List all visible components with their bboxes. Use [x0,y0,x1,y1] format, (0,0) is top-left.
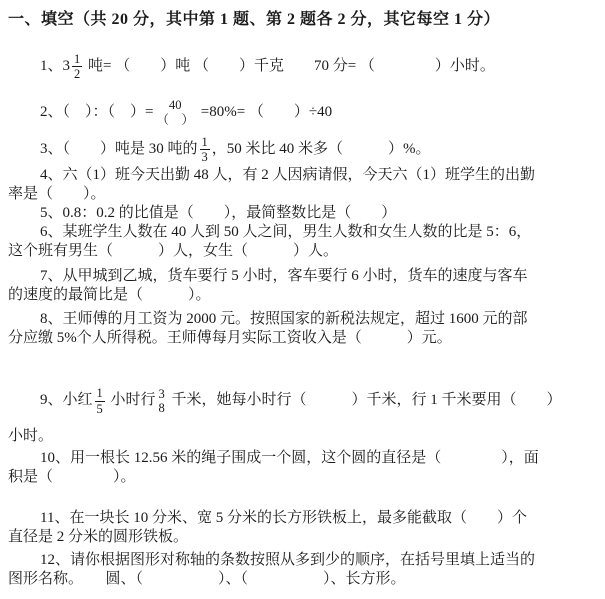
question-5: 5、0.8：0.2 的比值是（ ），最简整数比是（ ） [8,204,597,223]
fraction-numerator: 3 [158,387,166,401]
fraction-numerator: 1 [72,52,82,67]
question-2-line-1: 2、（ ）：（ ）=40（ ） =80%= （ ）÷40 [8,92,597,132]
text-run: 小时行 [107,392,156,408]
question-10-line-2: 积是（ ）。 [8,468,597,487]
fraction-numerator: 1 [95,386,105,401]
question-7-line-2: 的速度的最简比是（ ）。 [8,286,597,305]
question-3: 3、（ ）吨是 30 吨的13，50 米比 40 米多（ ）%。 [8,134,597,164]
text-run: 的速度的最简比是（ ）。 [8,287,211,303]
text-run: 10、用一根长 12.56 米的绳子围成一个圆，这个圆的直径是（ ），面 [40,450,539,466]
question-8-line-1: 8、王师傅的月工资为 2000 元。按照国家的新税法规定，超过 1600 元的部 [8,310,597,329]
question-1: 1、312 吨= （ ）吨 （ ）千克 70 分= （ ）小时。 [8,48,597,84]
question-5-line-1: 5、0.8：0.2 的比值是（ ），最简整数比是（ ） [8,204,597,223]
question-8-line-2: 分应缴 5%个人所得税。王师傅每月实际工资收入是（ ）元。 [8,329,597,348]
question-6-line-2: 这个班有男生（ ）人，女生（ ）人。 [8,242,597,261]
question-2: 2、（ ）：（ ）=40（ ） =80%= （ ）÷40 [8,92,597,132]
fraction-denominator: （ ） [155,113,195,127]
fraction-numerator: 1 [200,135,210,150]
text-run: 1、3 [40,58,70,74]
fraction: 38 [158,387,166,416]
fraction: 15 [95,386,105,416]
question-6: 6、某班学生人数在 40 人到 50 人之间，男生人数和女生人数的比是 5：6，… [8,223,597,261]
question-12: 12、请你根据图形对称轴的条数按照从多到少的顺序，在括号里填上适当的图形名称。 … [8,551,597,589]
text-run: 5、0.8：0.2 的比值是（ ），最简整数比是（ ） [40,205,396,221]
question-11: 11、在一块长 10 分米、宽 5 分米的长方形铁板上，最多能截取（ ）个直径是… [8,509,597,547]
text-run: ，50 米比 40 米多（ ）%。 [212,141,431,157]
fraction-numerator: 40 [168,98,183,112]
text-run: 小时。 [8,428,53,444]
fraction-denominator: 2 [73,67,81,81]
text-run: 11、在一块长 10 分米、宽 5 分米的长方形铁板上，最多能截取（ ）个 [40,510,527,526]
fraction: 12 [72,52,82,82]
question-3-line-1: 3、（ ）吨是 30 吨的13，50 米比 40 米多（ ）%。 [8,134,597,164]
questions: 1、312 吨= （ ）吨 （ ）千克 70 分= （ ）小时。2、（ ）：（ … [8,48,597,589]
text-run: 分应缴 5%个人所得税。王师傅每月实际工资收入是（ ）元。 [8,330,452,346]
question-12-line-1: 12、请你根据图形对称轴的条数按照从多到少的顺序，在括号里填上适当的 [8,551,597,570]
section-title: 一、填空（共 20 分，其中第 1 题、第 2 题各 2 分，其它每空 1 分） [8,10,597,30]
text-run: =80%= （ ）÷40 [197,104,332,120]
question-10-line-1: 10、用一根长 12.56 米的绳子围成一个圆，这个圆的直径是（ ），面 [8,449,597,468]
question-11-line-1: 11、在一块长 10 分米、宽 5 分米的长方形铁板上，最多能截取（ ）个 [8,509,597,528]
text-run: 12、请你根据图形对称轴的条数按照从多到少的顺序，在括号里填上适当的 [40,552,535,568]
question-12-line-2: 图形名称。 圆、（ ）、（ ）、长方形。 [8,570,597,589]
fraction: 40（ ） [155,98,195,127]
fraction-denominator: 3 [201,150,209,164]
question-8: 8、王师傅的月工资为 2000 元。按照国家的新税法规定，超过 1600 元的部… [8,310,597,348]
question-7: 7、从甲城到乙城，货车要行 5 小时，客车要行 6 小时，货车的速度与客车的速度… [8,267,597,305]
question-6-line-1: 6、某班学生人数在 40 人到 50 人之间，男生人数和女生人数的比是 5：6， [8,223,597,242]
question-9-line-1: 9、小红15 小时行38 千米，她每小时行（ ）千米，行 1 千米要用（ ） [8,382,597,418]
question-11-line-2: 直径是 2 分米的圆形铁板。 [8,528,597,547]
worksheet-page: 一、填空（共 20 分，其中第 1 题、第 2 题各 2 分，其它每空 1 分）… [0,0,605,599]
text-run: 直径是 2 分米的圆形铁板。 [8,529,188,545]
text-run: 4、六（1）班今天出勤 48 人，有 2 人因病请假，今天六（1）班学生的出勤 [40,167,535,183]
text-run: 千米，她每小时行（ ）千米，行 1 千米要用（ ） [168,392,562,408]
text-run: 这个班有男生（ ）人，女生（ ）人。 [8,243,338,259]
question-1-line-1: 1、312 吨= （ ）吨 （ ）千克 70 分= （ ）小时。 [8,48,597,84]
text-run: 3、（ ）吨是 30 吨的 [40,141,198,157]
fraction: 13 [200,135,210,165]
text-run: 7、从甲城到乙城，货车要行 5 小时，客车要行 6 小时，货车的速度与客车 [40,268,528,284]
question-7-line-1: 7、从甲城到乙城，货车要行 5 小时，客车要行 6 小时，货车的速度与客车 [8,267,597,286]
text-run: 8、王师傅的月工资为 2000 元。按照国家的新税法规定，超过 1600 元的部 [40,311,528,327]
text-run: 积是（ ）。 [8,469,136,485]
text-run: 6、某班学生人数在 40 人到 50 人之间，男生人数和女生人数的比是 5：6， [40,224,531,240]
fraction-denominator: 8 [158,401,166,415]
text-run: 吨= （ ）吨 （ ）千克 70 分= （ ）小时。 [84,58,495,74]
text-run: 图形名称。 圆、（ ）、（ ）、长方形。 [8,571,406,587]
question-9-line-2: 小时。 [8,427,597,446]
question-4: 4、六（1）班今天出勤 48 人，有 2 人因病请假，今天六（1）班学生的出勤率… [8,166,597,204]
fraction-denominator: 5 [96,402,104,416]
text-run: 率是（ ）。 [8,186,106,202]
question-4-line-2: 率是（ ）。 [8,185,597,204]
text-run: 9、小红 [40,392,93,408]
question-9: 9、小红15 小时行38 千米，她每小时行（ ）千米，行 1 千米要用（ ）小时… [8,382,597,446]
question-10: 10、用一根长 12.56 米的绳子围成一个圆，这个圆的直径是（ ），面积是（ … [8,449,597,487]
question-4-line-1: 4、六（1）班今天出勤 48 人，有 2 人因病请假，今天六（1）班学生的出勤 [8,166,597,185]
text-run: 2、（ ）：（ ）= [40,104,153,120]
